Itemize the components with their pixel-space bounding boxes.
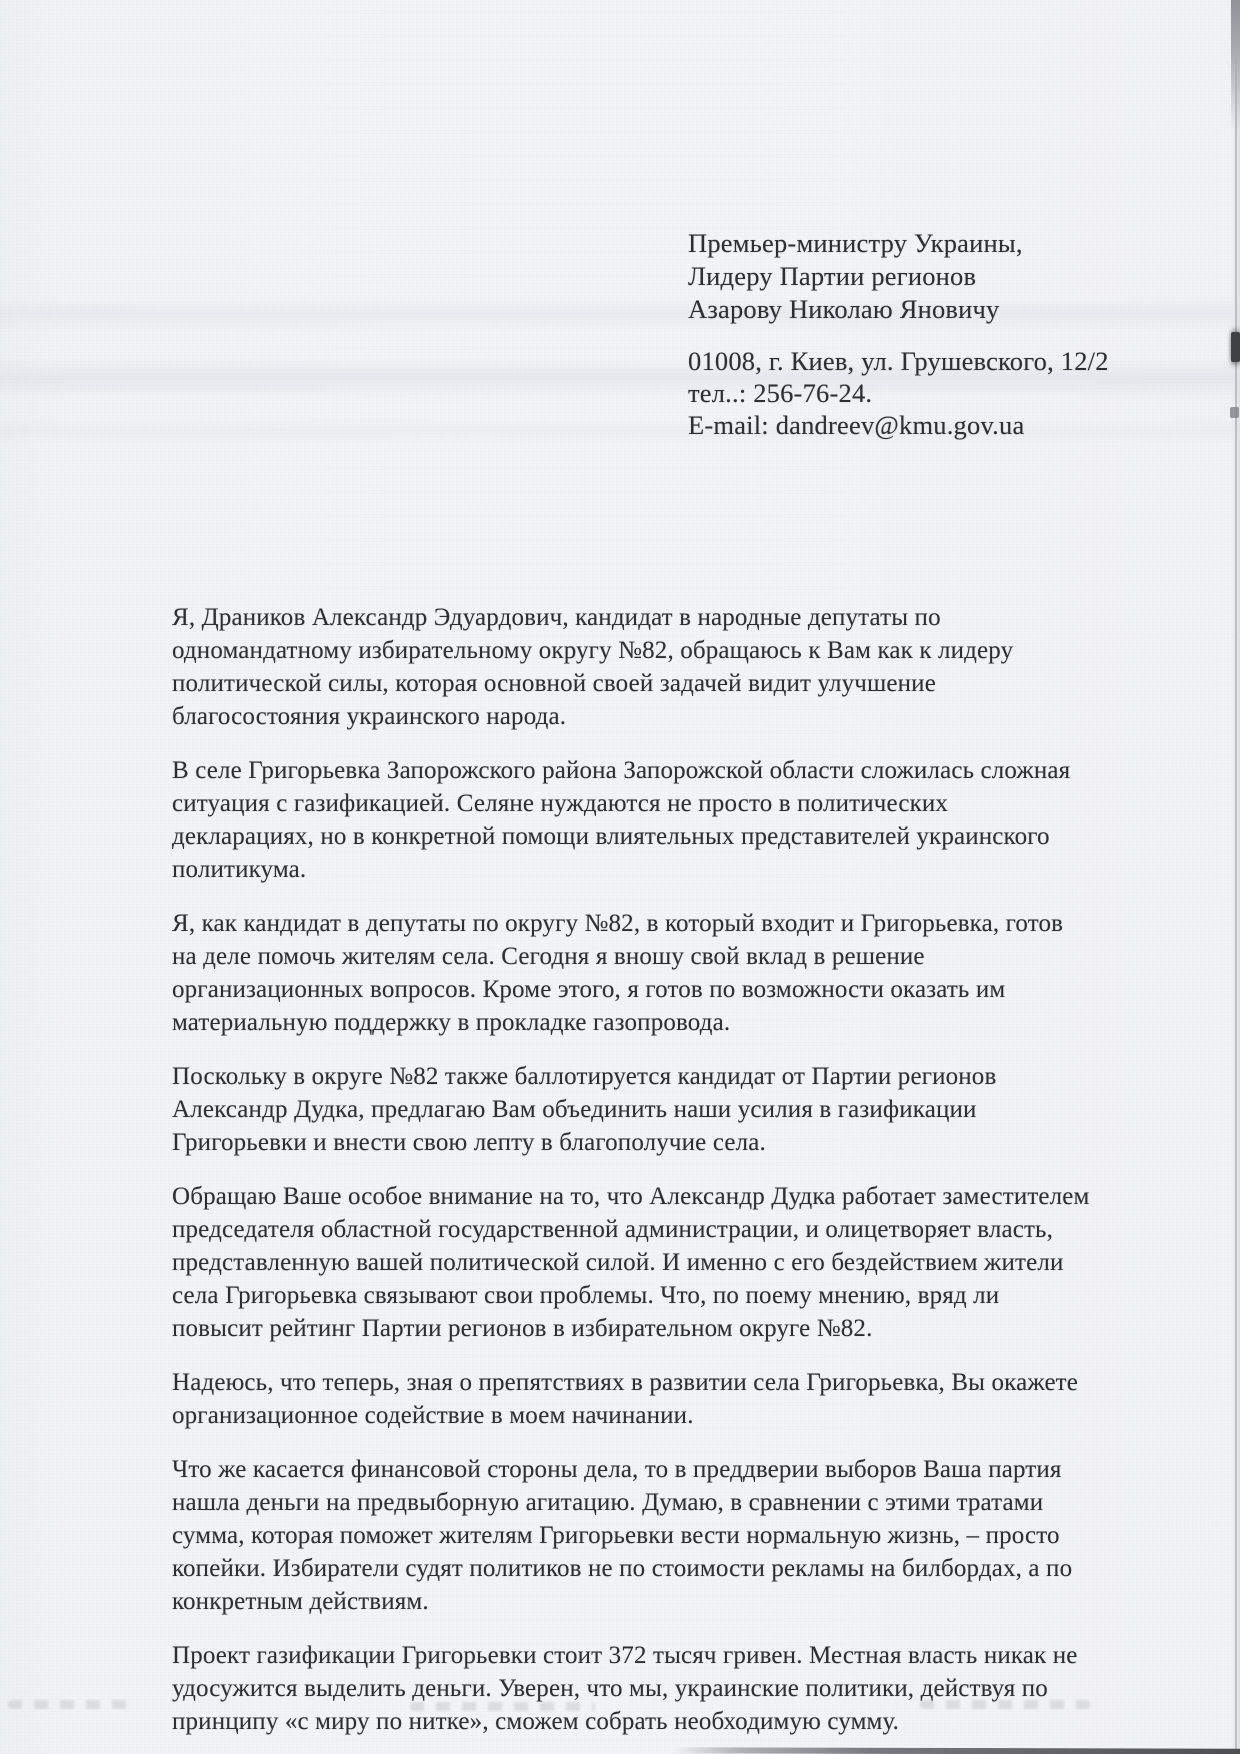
scanner-band [0,298,1240,332]
contact-phone: тел..: 256-76-24. [688,377,1109,409]
letter-paragraph-2: В селе Григорьевка Запорожского района З… [172,754,1094,886]
scanner-edge-right-top [1231,0,1240,130]
recipient-block: Премьер-министру Украины, Лидеру Партии … [688,227,1023,326]
bleed-through-mark [8,1700,138,1709]
scanner-artifact-blob [1231,332,1240,362]
letter-paragraph-5: Обращаю Ваше особое внимание на то, что … [172,1180,1094,1345]
contact-block: 01008, г. Киев, ул. Грушевского, 12/2 те… [688,345,1109,441]
letter-paragraph-8: Проект газификации Григорьевки стоит 372… [172,1639,1094,1738]
contact-email: E-mail: dandreev@kmu.gov.ua [688,409,1109,441]
letter-paragraph-4: Поскольку в округе №82 также баллотирует… [172,1060,1094,1159]
scanned-letter-page: Премьер-министру Украины, Лидеру Партии … [0,0,1240,1754]
recipient-line-3: Азарову Николаю Яновичу [688,293,1023,326]
recipient-line-2: Лидеру Партии регионов [688,260,1023,293]
scanner-artifact-mark [1230,407,1239,418]
letter-paragraph-7: Что же касается финансовой стороны дела,… [172,1453,1094,1618]
letter-paragraph-1: Я, Драников Александр Эдуардович, кандид… [172,601,1094,733]
scanner-edge-right-line [1235,0,1237,1754]
recipient-line-1: Премьер-министру Украины, [688,227,1023,260]
letter-paragraph-6: Надеюсь, что теперь, зная о препятствиях… [172,1366,1094,1432]
letter-paragraph-3: Я, как кандидат в депутаты по округу №82… [172,907,1094,1039]
letter-body: Я, Драников Александр Эдуардович, кандид… [172,601,1094,1754]
scanner-edge-top [0,0,1240,4]
contact-address: 01008, г. Киев, ул. Грушевского, 12/2 [688,345,1109,377]
